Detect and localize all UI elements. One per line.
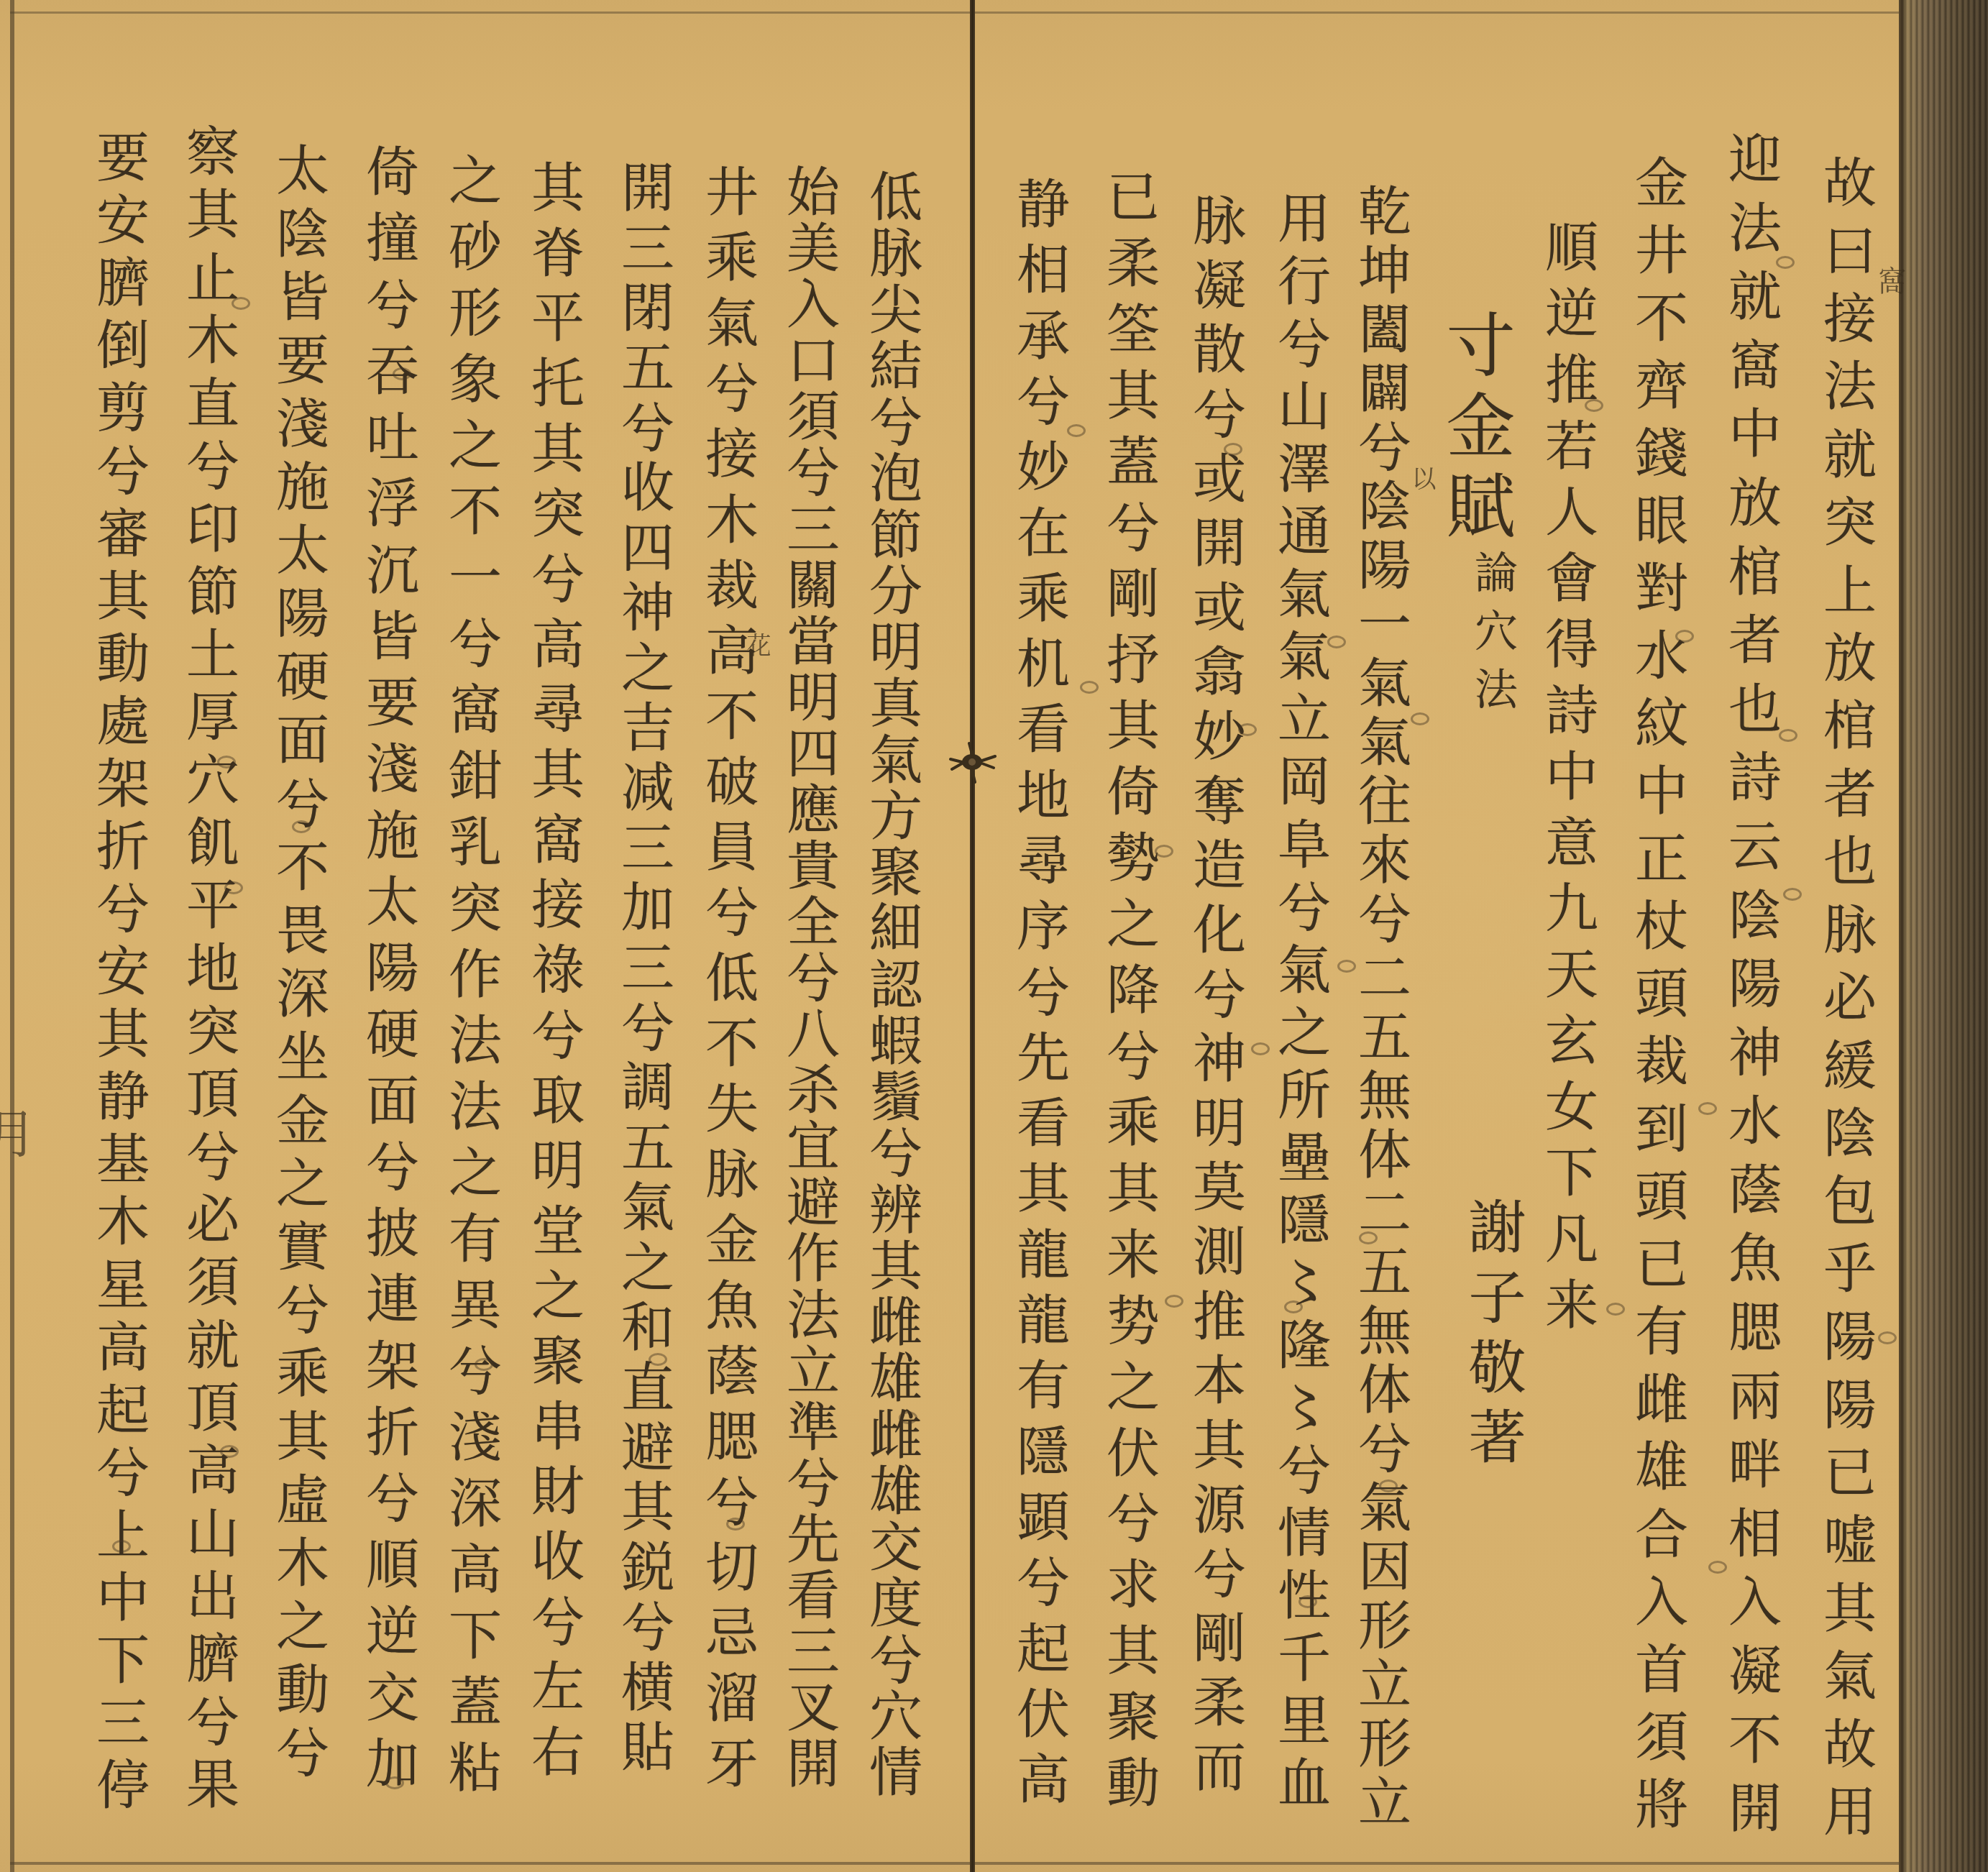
text-column: 已柔筌其蓋兮剛抒其倚勢之降兮乘其来势之伏兮求其聚動 [1096,169,1162,1808]
punctuation-circle [1379,1479,1398,1492]
punctuation-circle [1698,1102,1717,1115]
text-column: 始美入口須兮三關當明四應貴全兮八杀宜避作法立準兮先看三叉開 [776,164,842,1789]
punctuation-circle [1359,1231,1378,1244]
fragment-glyph: 月 [0,1107,26,1159]
punctuation-circle [292,820,311,833]
punctuation-circle [1337,960,1356,973]
punctuation-circle [1165,1295,1183,1308]
text-column: 順逆推若人會得詩中意九天玄女下凡来 [1534,219,1600,1330]
punctuation-circle [1155,845,1173,858]
previous-page-fragment: 月 [0,1107,26,1186]
punctuation-circle [1298,1595,1317,1608]
text-column: 低脉尖結兮泡節分明真氣方聚細認蝦鬚兮辨其雌雄雌雄交度兮穴情 [858,169,925,1797]
text-column: 故曰接法就突上放棺者也脉必緩陰包乎陽陽已嘘其氣故用 [1813,155,1879,1837]
punctuation-circle [385,1776,404,1789]
left-page-border [10,0,14,1872]
section-subtitle: 論穴法 [1467,550,1519,710]
section-title: 寸金賦 [1436,309,1515,539]
punctuation-circle [1776,256,1795,269]
marginal-annotation: 窩 [1874,266,1905,295]
punctuation-circle [1411,712,1429,725]
text-column: 井乘氣兮接木裁高不破員兮低不失脉金魚蔭腮兮切忌溜牙 [695,164,761,1789]
punctuation-circle [220,1445,239,1458]
punctuation-circle [1067,424,1086,437]
text-column: 倚撞兮吞吐浮沉皆要淺施太陽硬面兮披連架折兮順逆交加 [355,144,421,1789]
punctuation-circle [217,756,236,768]
punctuation-circle [1284,1300,1303,1313]
punctuation-circle [1251,1042,1270,1055]
punctuation-circle [1606,1303,1625,1316]
binding-knot-icon [948,740,998,784]
punctuation-circle [649,1353,667,1366]
punctuation-circle [899,1411,917,1424]
text-column: 迎法就窩中放棺者也詩云陰陽神水蔭魚腮兩畔相入凝不開 [1718,131,1784,1833]
punctuation-circle [1238,723,1257,736]
text-column: 之砂形象之不一兮窩鉗乳突作法法之有異兮淺深高下蓋粘 [438,152,504,1793]
punctuation-circle [393,367,411,380]
text-column: 開三閉五兮收四神之吉减三加三兮調五氣之和直避其鋭兮横貼 [610,160,677,1772]
book-fore-edge [1905,0,1988,1872]
text-column: 脉凝散兮或開或翕妙奪造化兮神明莫測推本其源兮剛柔而 [1182,193,1248,1792]
text-column: 察其止木直兮印節土厚穴飢平地突頂兮必須就頂高山出臍兮果 [175,124,242,1809]
author-credit: 謝子敬著 [1457,1197,1526,1464]
punctuation-circle [1675,630,1694,643]
punctuation-circle [1708,1561,1727,1574]
text-column: 要安臍倒剪兮審其動處架折兮安其静基木星高起兮上中下三停 [86,129,152,1810]
punctuation-circle [1080,681,1099,694]
text-column: 静相承兮妙在乘机看地尋序兮先看其龍龍有隱顕兮起伏高 [1006,176,1072,1804]
punctuation-circle [1779,729,1797,742]
marginal-annotation: 花 [741,633,772,657]
punctuation-circle [1224,443,1242,456]
text-column: 太陰皆要淺施太陽硬面兮不畏深坐金之實兮乘其虛木之動兮 [265,142,331,1778]
top-border-line [10,12,1905,14]
punctuation-circle [1878,1331,1897,1344]
text-column: 乾坤闔闢兮陰陽一氣氣往來兮二五無体二五無体兮氣因形立形立 [1347,183,1414,1827]
text-column: 用行兮山澤通氣氣立岡阜兮氣之所壘隱〻隆〻兮情性千里血 [1267,191,1333,1808]
bottom-border-line [10,1862,1905,1865]
text-column: 金井不齊錢眼對水紋中正杖頭裁到頭已有雌雄合入首須將 [1624,155,1690,1830]
punctuation-circle [1585,399,1603,412]
punctuation-circle [726,1518,745,1531]
punctuation-circle [475,1358,493,1371]
punctuation-circle [224,881,243,894]
book-spine-fold [970,0,975,1872]
punctuation-circle [112,1540,131,1553]
punctuation-circle [1327,636,1346,648]
punctuation-circle [1783,888,1802,901]
text-column: 其脊平托其突兮高尋其窩接祿兮取明堂之聚串財收兮左右 [521,160,587,1777]
marginal-annotation: 以 [1406,466,1437,490]
punctuation-circle [232,297,250,310]
